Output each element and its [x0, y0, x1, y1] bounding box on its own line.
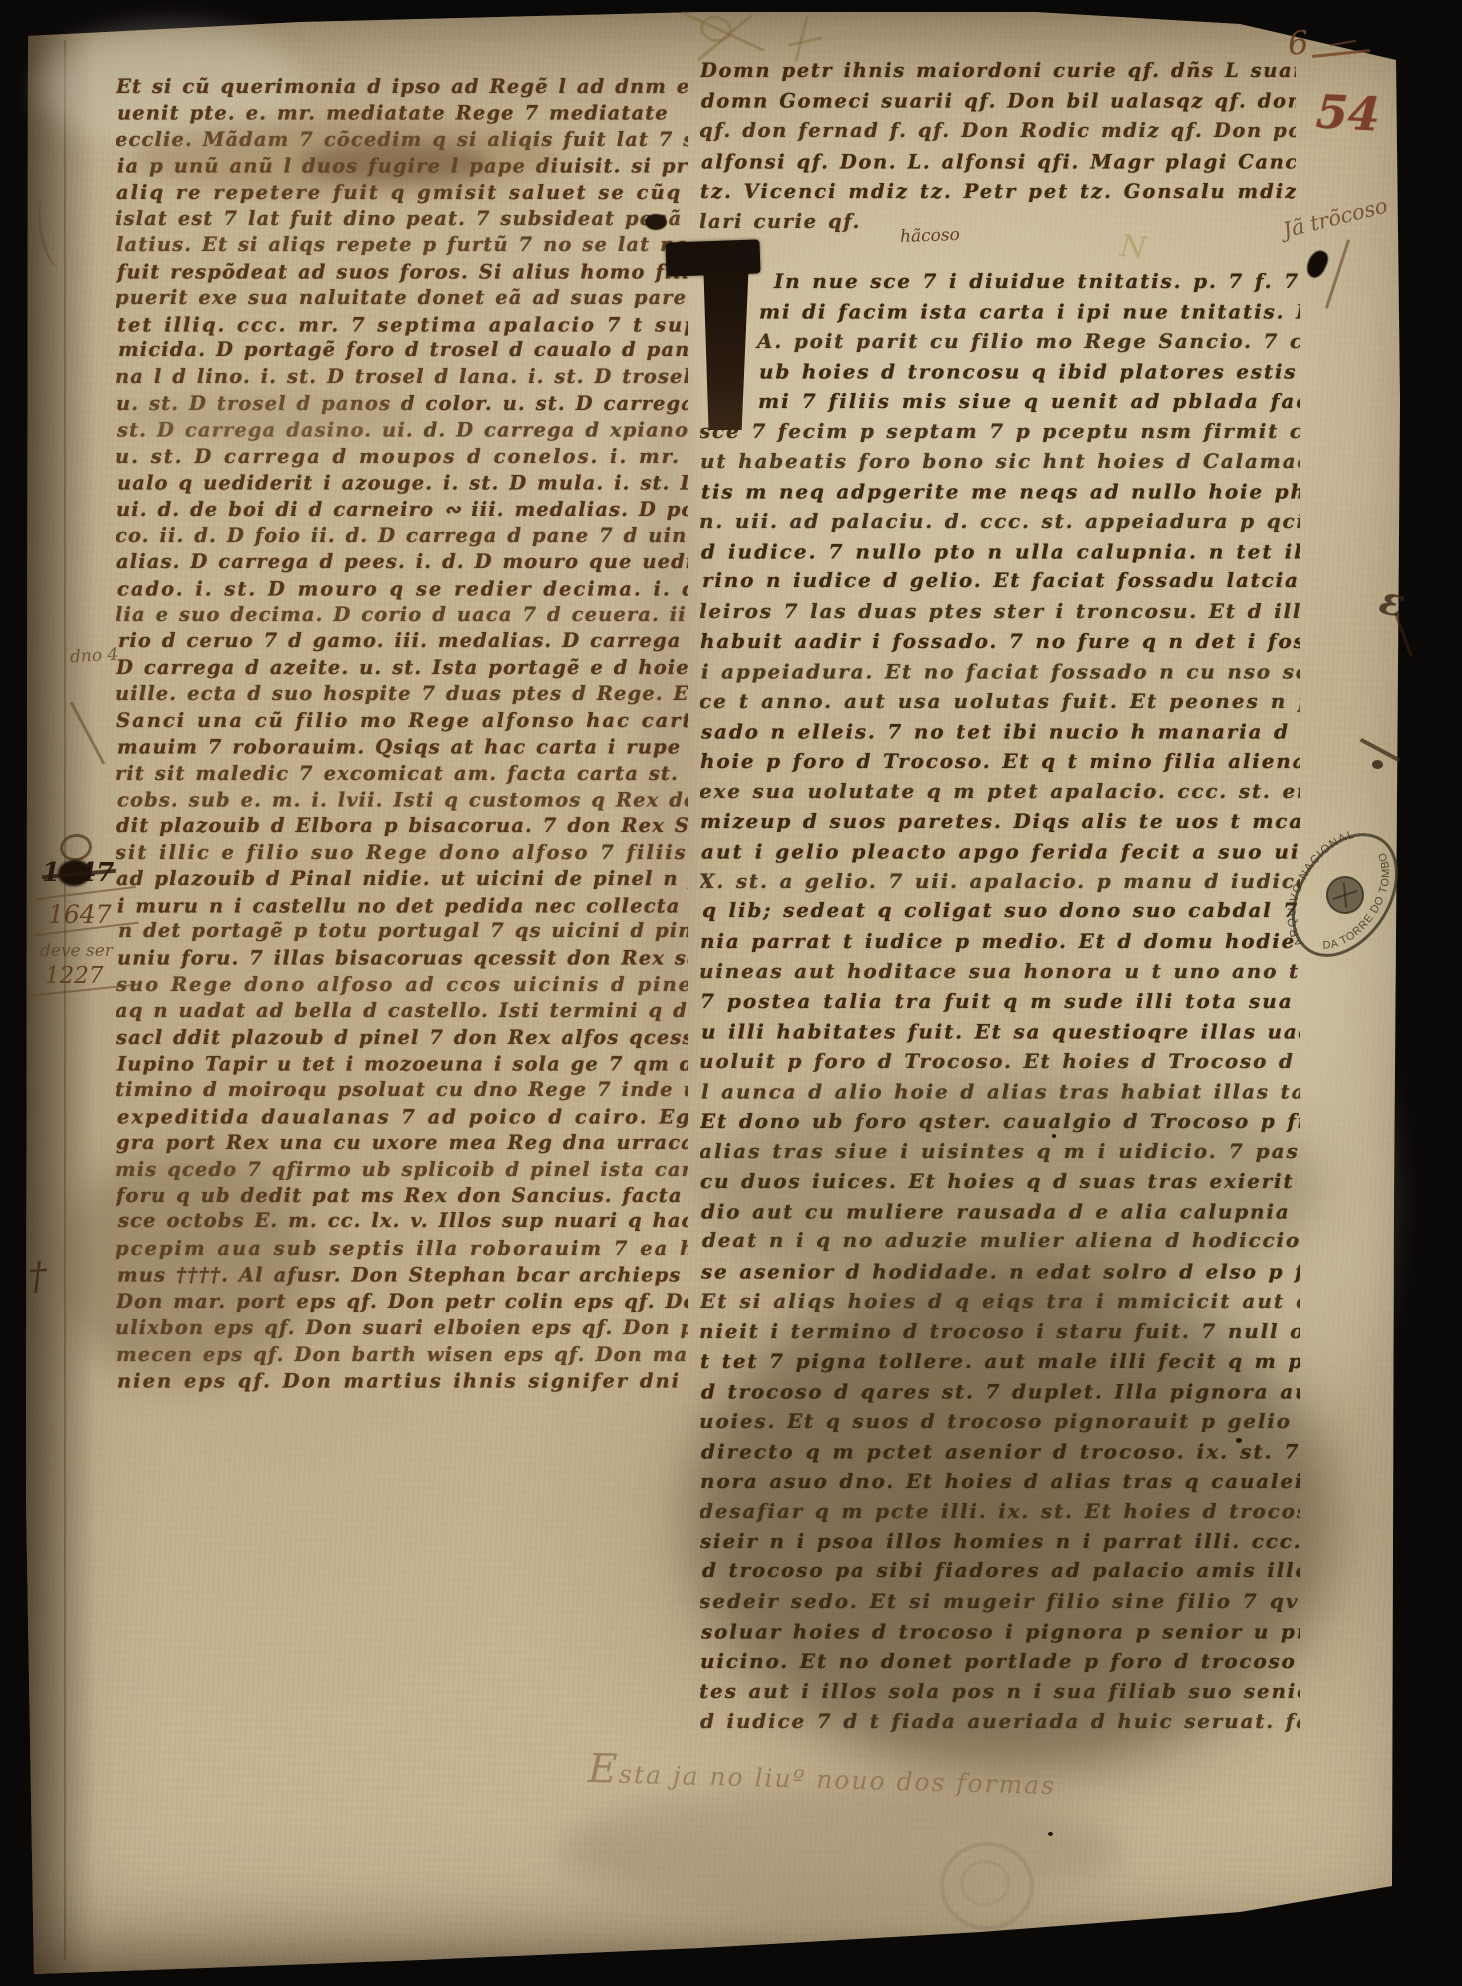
ink-speck — [1048, 1832, 1053, 1836]
manuscript-line: mi 7 filiis mis siue q uenit ad pblada f… — [700, 386, 1300, 416]
manuscript-line: Et si aliqs hoies d q eiqs tra i mmicici… — [700, 1286, 1300, 1316]
manuscript-line: tet illiq. ccc. mr. 7 septima apalacio 7… — [117, 312, 688, 338]
manuscript-line: leiros 7 las duas ptes ster i troncosu. … — [700, 596, 1299, 626]
manuscript-line: Et si cũ querimonia d ipso ad Regẽ l ad … — [116, 74, 688, 100]
ink-speck — [1052, 1134, 1056, 1138]
right-text-column: In nue sce 7 i diuidue tnitatis. p. 7 f.… — [700, 266, 1300, 1736]
manuscript-line: ulixbon eps qf. Don suari elboien eps qf… — [116, 1315, 687, 1341]
manuscript-line: rit sit maledic 7 excomicat am. facta ca… — [116, 761, 687, 787]
manuscript-line: n. uii. ad palaciu. d. ccc. st. appeiadu… — [700, 506, 1299, 536]
manuscript-line: u. st. D carrega d moupos d conelos. i. … — [116, 444, 687, 470]
manuscript-line: ub hoies d troncosu q ibid platores esti… — [701, 357, 1300, 387]
manuscript-line: Et dono ub foro qster. caualgio d Trocos… — [700, 1106, 1300, 1136]
manuscript-line: uoies. Et q suos d trocoso pignorauit p … — [700, 1406, 1299, 1436]
manuscript-line: domn Gomeci suarii qf. Don bil ualasqz q… — [701, 87, 1296, 117]
manuscript-line: alfonsi qf. Don. L. alfonsi qfi. Magr pl… — [701, 147, 1296, 177]
manuscript-line: sado n elleis. 7 no tet ibi nucio h mana… — [701, 717, 1300, 747]
manuscript-line: u. st. D trosel d panos d color. u. st. … — [116, 391, 688, 417]
manuscript-line: ecclie. Mãdam 7 cõcedim q si aliqis fuit… — [116, 127, 687, 153]
manuscript-line: D carrega d azeite. u. st. Ista portagẽ … — [116, 655, 688, 681]
manuscript-line: mus ††††. Al afusr. Don Stephan bcar arc… — [117, 1263, 688, 1289]
manuscript-line: desafiar q m pcte illi. ix. st. Et hoies… — [700, 1496, 1299, 1526]
manuscript-line: cado. i. st. D mouro q se redier decima.… — [117, 576, 688, 602]
manuscript-line: mecen eps qf. Don barth wisen eps qf. Do… — [116, 1342, 688, 1368]
manuscript-line: tz. Vicenci mdiz tz. Petr pet tz. Gonsal… — [700, 177, 1296, 207]
deve-ser-label: deve ser — [40, 941, 113, 961]
spine-crease — [64, 40, 66, 1960]
manuscript-line: soluar hoies d trocoso i pignora p senio… — [701, 1617, 1300, 1647]
left-margin-note: dno 4 — [70, 645, 119, 668]
date-revision: 1647 — [48, 900, 112, 929]
manuscript-line: foru q ub dedit pat ms Rex don Sancius. … — [116, 1183, 688, 1209]
interlinear-word: hãcoso — [900, 225, 960, 247]
manuscript-line: d trocoso d qares st. 7 duplet. Illa pig… — [701, 1377, 1300, 1407]
manuscript-line: A. poit parit cu filio mo Rege Sancio. 7… — [700, 326, 1299, 356]
manuscript-line: sedeir sedo. Et si mugeir filio sine fil… — [700, 1586, 1299, 1616]
manuscript-line: d iudice. 7 nullo pto n ulla calupnia. n… — [701, 537, 1300, 567]
manuscript-line: sce 7 fecim p septam 7 p pceptu nsm firm… — [700, 416, 1299, 446]
manuscript-line: uniu foru. 7 illas bisacoruas qcessit do… — [117, 946, 688, 972]
left-text-column: Et si cũ querimonia d ipso ad Regẽ l ad … — [116, 74, 688, 1394]
manuscript-line: d iudice 7 d t fiada aueriada d huic ser… — [700, 1706, 1300, 1736]
manuscript-line: In nue sce 7 i diuidue tnitatis. p. 7 f.… — [700, 266, 1300, 296]
ink-blot — [1372, 760, 1383, 769]
manuscript-line: i appeiadura. Et no faciat fossado n cu … — [701, 657, 1300, 687]
manuscript-line: tes aut i illos sola pos n i sua filiab … — [700, 1676, 1299, 1706]
manuscript-line: nora asuo dno. Et hoies d alias tras q c… — [700, 1466, 1300, 1496]
manuscript-line: directo q m pctet asenior d trocoso. ix.… — [701, 1437, 1300, 1467]
manuscript-line: aq n uadat ad bella d castello. Isti ter… — [116, 998, 687, 1024]
manuscript-line: lari curie qf. — [700, 207, 1295, 237]
manuscript-line: micida. D portagẽ foro d trosel d caualo… — [118, 337, 688, 363]
ink-speck — [1236, 1438, 1242, 1443]
manuscript-line: nieit i termino d trocoso i staru fuit. … — [700, 1316, 1299, 1346]
manuscript-line: Domn petr ihnis maiordoni curie qf. dñs … — [700, 56, 1296, 86]
manuscript-line: se asenior d hodidade. n edat solro d el… — [701, 1257, 1300, 1287]
manuscript-line: deat n i q no aduzie mulier aliena d hod… — [702, 1225, 1300, 1255]
manuscript-line: t tet 7 pigna tollere. aut male illi fec… — [700, 1346, 1300, 1376]
manuscript-line: aut i gelio pleacto apgo ferida fecit a … — [701, 837, 1300, 867]
manuscript-line: uenit pte. e. mr. mediatate Rege 7 media… — [117, 101, 688, 127]
manuscript-line: fuit respõdeat ad suos foros. Si alius h… — [117, 259, 688, 285]
manuscript-line: n det portagẽ p totu portugal 7 qs uicin… — [118, 918, 688, 944]
manuscript-line: cobs. sub e. m. i. lvii. Isti q customos… — [117, 787, 688, 813]
manuscript-line: gra port Rex una cu uxore mea Reg dna ur… — [116, 1130, 688, 1156]
manuscript-line: sit illic e filio suo Rege dono alfoso 7… — [116, 840, 687, 866]
manuscript-line: X. st. a gelio. 7 uii. apalacio. p manu … — [700, 866, 1299, 896]
manuscript-line: uille. ecta d suo hospite 7 duas ptes d … — [116, 681, 687, 707]
faint-circular-stamp-inner — [960, 1860, 1010, 1906]
manuscript-line: sieir n i psoa illos homies n i parrat i… — [700, 1526, 1300, 1556]
manuscript-line: aliq re repetere fuit q gmisit saluet se… — [116, 180, 688, 206]
manuscript-line: rio d ceruo 7 d gamo. iii. medalias. D c… — [118, 628, 688, 654]
manuscript-line: expeditida daualanas 7 ad poico d cairo.… — [117, 1104, 688, 1130]
manuscript-line: 7 postea talia tra fuit q m sude illi to… — [700, 986, 1300, 1016]
manuscript-line: suo Rege dono alfoso ad ccos uicinis d p… — [116, 972, 688, 998]
manuscript-line: co. ii. d. D foio ii. d. D carrega d pan… — [116, 523, 687, 549]
manuscript-line: rino n iudice d gelio. Et faciat fossadu… — [702, 565, 1300, 595]
manuscript-line: ad plazouib d Pinal nidie. ut uicini de … — [116, 866, 688, 892]
manuscript-line: l aunca d alio hoie d alias tras habiat … — [701, 1077, 1300, 1107]
manuscript-line: Don mar. port eps qf. Don petr colin eps… — [116, 1289, 688, 1315]
manuscript-line: q lib; sedeat q coligat suo dono suo cab… — [702, 895, 1300, 925]
manuscript-line: na l d lino. i. st. D trosel d lana. i. … — [116, 364, 687, 390]
manuscript-line: u illi habitates fuit. Et sa questioqre … — [701, 1017, 1300, 1047]
folio-number: 54 — [1315, 84, 1382, 141]
ink-blot — [645, 214, 667, 230]
manuscript-line: alias. D carrega d pees. i. d. D mouro q… — [116, 549, 688, 575]
manuscript-line: nia parrat t iudice p medio. Et d domu h… — [700, 926, 1300, 956]
manuscript-line: ut habeatis foro bono sic hnt hoies d Ca… — [700, 446, 1300, 476]
manuscript-line: st. D carrega dasino. ui. d. D carrega d… — [117, 418, 688, 444]
manuscript-line: sacl ddit plazoub d pinel 7 don Rex alfo… — [116, 1025, 688, 1051]
manuscript-line: alias tras siue i uisintes q m i uidicio… — [700, 1136, 1299, 1166]
manuscript-line: d trocoso pa sibi fiadores ad palacio am… — [702, 1555, 1300, 1585]
pencil-mark: N — [1118, 229, 1148, 267]
manuscript-line: latius. Et si aliqs repete p furtũ 7 no … — [116, 232, 688, 258]
manuscript-photo: Et si cũ querimonia d ipso ad Regẽ l ad … — [0, 0, 1462, 1986]
manuscript-line: ia p unũ anũ l duos fugire l pape diuisi… — [117, 154, 688, 180]
manuscript-line: puerit exe sua naluitate donet eã ad sua… — [116, 285, 687, 311]
manuscript-line: dio aut cu muliere rausada d e alia calu… — [701, 1197, 1300, 1227]
manuscript-line: pcepim aua sub septis illa roborauim 7 e… — [116, 1236, 687, 1262]
margin-cross-mark: † — [26, 1253, 48, 1298]
manuscript-line: ui. d. de boi di d carneiro ∾ iii. medal… — [116, 497, 688, 523]
manuscript-line: cu duos iuices. Et hoies q d suas tras e… — [700, 1166, 1300, 1196]
manuscript-line: mi di facim ista carta i ipi nue tnitati… — [701, 297, 1300, 327]
manuscript-line: Iupino Tapir u tet i mozoeuna i sola ge … — [117, 1052, 688, 1078]
manuscript-line: nien eps qf. Don martius ihnis signifer … — [117, 1368, 688, 1394]
manuscript-line: dit plazouib d Elbora p bisacorua. 7 don… — [116, 813, 688, 839]
quire-mark: 6 — [1287, 23, 1310, 62]
manuscript-line: timino d moiroqu psoluat cu dno Rege 7 i… — [116, 1077, 687, 1103]
manuscript-line: ualo q uediderit i azouge. i. st. D mula… — [117, 471, 688, 497]
manuscript-line: Sanci una cũ filio mo Rege alfonso hac c… — [116, 708, 688, 734]
manuscript-line: habuit aadir i fossado. 7 no fure q n de… — [700, 626, 1300, 656]
quire-mark-flourish — [1330, 40, 1356, 46]
manuscript-line: ce t anno. aut usa uolutas fuit. Et peon… — [700, 686, 1299, 716]
right-column-header: Domn petr ihnis maiordoni curie qf. dñs … — [700, 56, 1296, 237]
manuscript-line: mis qcedo 7 qfirmo ub splicoib d pinel i… — [116, 1157, 687, 1183]
manuscript-line: uoluit p foro d Trocoso. Et hoies d Troc… — [700, 1046, 1299, 1076]
manuscript-line: exe sua uolutate q m ptet apalacio. ccc.… — [700, 776, 1299, 806]
manuscript-line: i muru n i castellu no det pedida nec co… — [117, 893, 688, 919]
manuscript-line: uicino. Et no donet portlade p foro d tr… — [700, 1646, 1300, 1676]
manuscript-line: uineas aut hoditace sua honora u t uno a… — [700, 956, 1299, 986]
manuscript-line: lia e suo decima. D corio d uaca 7 d ceu… — [116, 602, 687, 628]
manuscript-line: islat est 7 lat fuit dino peat. 7 subsid… — [116, 206, 687, 232]
manuscript-line: hoie p foro d Trocoso. Et q t mino filia… — [700, 746, 1300, 776]
manuscript-line: qf. don fernad f. qf. Don Rodic mdiz qf.… — [700, 116, 1295, 146]
manuscript-line: mauim 7 roborauim. Qsiqs at hac carta i … — [117, 735, 688, 761]
manuscript-line: sce octobs E. m. cc. lx. v. Illos sup nu… — [118, 1208, 688, 1234]
date-corrected: 1227 — [45, 963, 104, 989]
manuscript-line: tis m neq adpgerite me neqs ad nullo hoi… — [701, 477, 1300, 507]
manuscript-line: mizeup d suos paretes. Diqs alis te uos … — [700, 806, 1300, 836]
